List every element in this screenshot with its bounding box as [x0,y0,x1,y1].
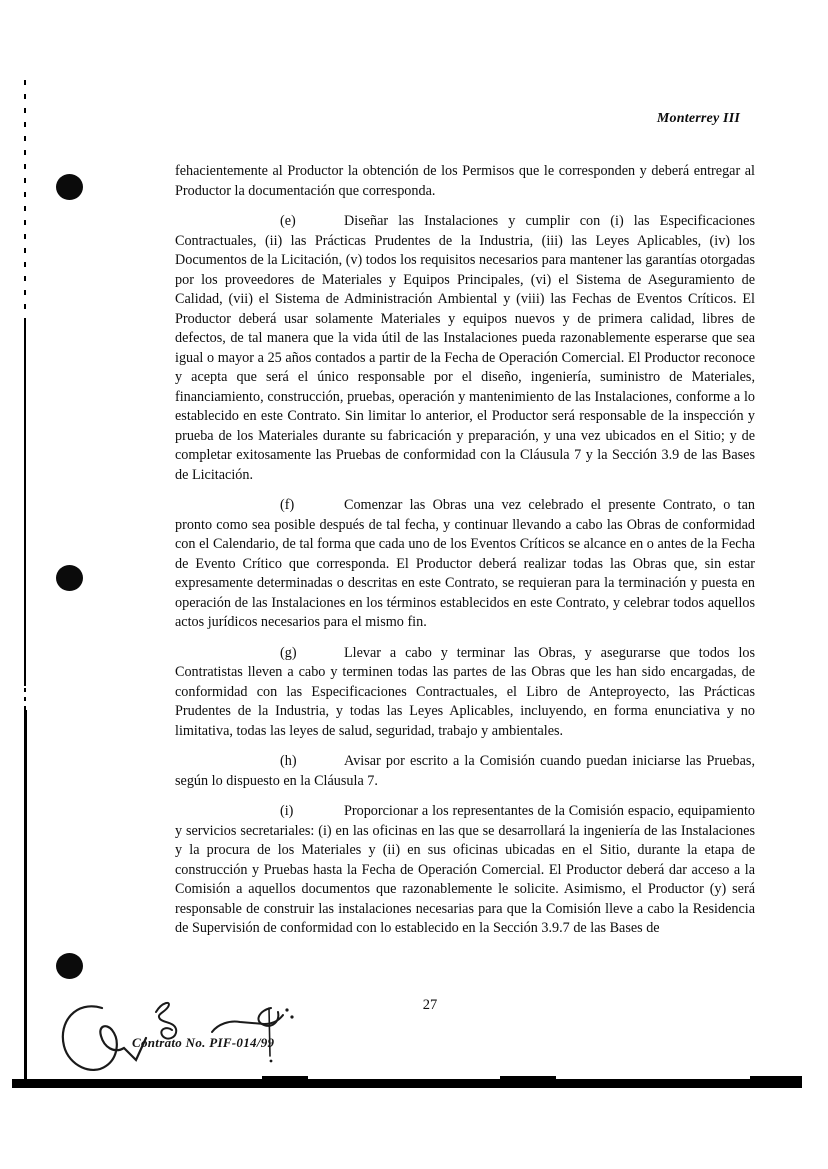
paragraph-label: (e) [280,212,344,232]
contract-number-footer: Contrato No. PIF-014/99 [132,1035,274,1051]
paragraph-text: Comenzar las Obras una vez celebrado el … [175,497,755,630]
paragraph-text: Avisar por escrito a la Comisión cuando … [175,753,755,789]
punch-hole-dot [56,953,83,979]
paragraph-label: (h) [280,752,344,772]
pen-dot-icon [290,1015,293,1018]
document-body: fehacientemente al Productor la obtenció… [175,162,755,950]
paragraph-label: (i) [280,802,344,822]
paragraph-text: Proporcionar a los representantes de la … [175,803,755,936]
paragraph-text: Llevar a cabo y terminar las Obras, y as… [175,645,755,739]
punch-hole-dot [56,565,83,591]
document-header-tag: Monterrey III [657,111,740,127]
scan-edge-bar [12,1079,802,1088]
scan-margin-dashed-line [24,80,26,320]
paragraph-continuation: fehacientemente al Productor la obtenció… [175,162,755,201]
paragraph-h: (h)Avisar por escrito a la Comisión cuan… [175,752,755,791]
initials-scribble-icon [156,1003,176,1039]
paragraph-f: (f)Comenzar las Obras una vez celebrado … [175,496,755,633]
paragraph-label: (f) [280,496,344,516]
paragraph-e: (e)Diseñar las Instalaciones y cumplir c… [175,212,755,485]
paragraph-g: (g)Llevar a cabo y terminar las Obras, y… [175,644,755,742]
punch-hole-dot [56,174,83,200]
paragraph-text: fehacientemente al Productor la obtenció… [175,163,755,199]
pen-dot-icon [285,1008,288,1011]
flourish-scribble-icon [212,1015,283,1032]
scan-margin-line-thick [24,710,27,1083]
pen-dot-icon [270,1060,273,1063]
scanned-contract-page: Monterrey III fehacientemente al Product… [0,0,828,1169]
paragraph-label: (g) [280,644,344,664]
scan-margin-line-thin [24,320,26,686]
paragraph-i: (i)Proporcionar a los representantes de … [175,802,755,939]
paragraph-text: Diseñar las Instalaciones y cumplir con … [175,213,755,483]
scan-margin-dashes [24,688,26,710]
